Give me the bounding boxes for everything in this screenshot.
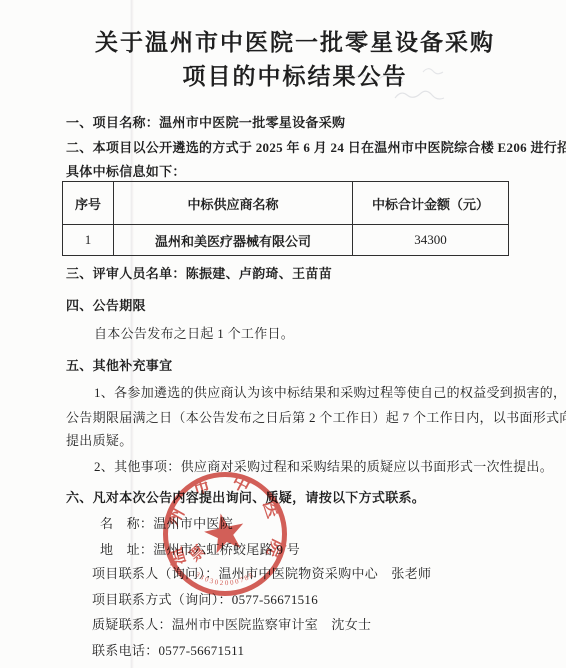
table-cell-index: 1 [63,225,114,256]
section-5-paragraph2: 2、其他事项：供应商对采购过程和采购结果的质疑应以书面形式一次性提出。 [94,459,553,474]
section-5-heading: 五、其他补充事宜 [66,358,172,373]
contact-address: 地 址：温州市六虹桥蛟尾路 9 号 [100,542,300,557]
document-title-line1: 关于温州市中医院一批零星设备采购 [12,26,566,60]
table-cell-supplier: 温州和美医疗器械有限公司 [114,225,353,256]
section-3-reviewers: 三、评审人员名单：陈振建、卢韵琦、王苗苗 [66,266,332,281]
document-page: 关于温州市中医院一批零星设备采购 项目的中标结果公告 一、项目名称：温州市中医院… [0,0,566,668]
section-4-heading: 四、公告期限 [66,298,146,313]
table-header-supplier: 中标供应商名称 [114,182,353,225]
table-header-index: 序号 [63,182,114,225]
contact-name: 名 称：温州市中医院 [100,516,233,531]
section-5-paragraph1-line2: 公告期限届满之日（本公告发布之日后第 2 个工作日）起 7 个工作日内，以书面形… [66,410,566,425]
section-2-continued: 具体中标信息如下： [66,164,186,179]
table-cell-amount: 34300 [353,225,509,256]
section-5-paragraph1-line1: 1、各参加遴选的供应商认为该中标结果和采购过程等使自己的权益受到损害的，可以自本 [94,385,566,400]
section-2-procurement-method: 二、本项目以公开遴选的方式于 2025 年 6 月 24 日在温州市中医院综合楼… [66,140,566,155]
document-title-line2: 项目的中标结果公告 [12,60,566,94]
section-1-project-name: 一、项目名称：温州市中医院一批零星设备采购 [66,115,345,130]
contact-project-person: 项目联系人（询问）：温州市中医院物资采购中心 张老师 [92,566,431,581]
bid-result-table: 序号 中标供应商名称 中标合计金额（元） 1 温州和美医疗器械有限公司 3430… [62,181,509,256]
contact-project-phone: 项目联系方式（询问）：0577-56671516 [92,592,318,607]
table-row: 1 温州和美医疗器械有限公司 34300 [63,225,509,256]
contact-challenge-person: 质疑联系人：温州市中医院监察审计室 沈女士 [92,617,371,632]
document-title: 关于温州市中医院一批零星设备采购 项目的中标结果公告 [12,26,566,94]
section-4-body: 自本公告发布之日起 1 个工作日。 [94,326,294,341]
table-header-row: 序号 中标供应商名称 中标合计金额（元） [63,182,509,225]
section-5-paragraph1-line3: 提出质疑。 [66,433,133,448]
table-header-amount: 中标合计金额（元） [353,182,509,225]
contact-phone: 联系电话：0577-56671511 [92,643,244,658]
section-6-heading: 六、凡对本次公告内容提出询问、质疑，请按以下方式联系。 [66,490,425,505]
